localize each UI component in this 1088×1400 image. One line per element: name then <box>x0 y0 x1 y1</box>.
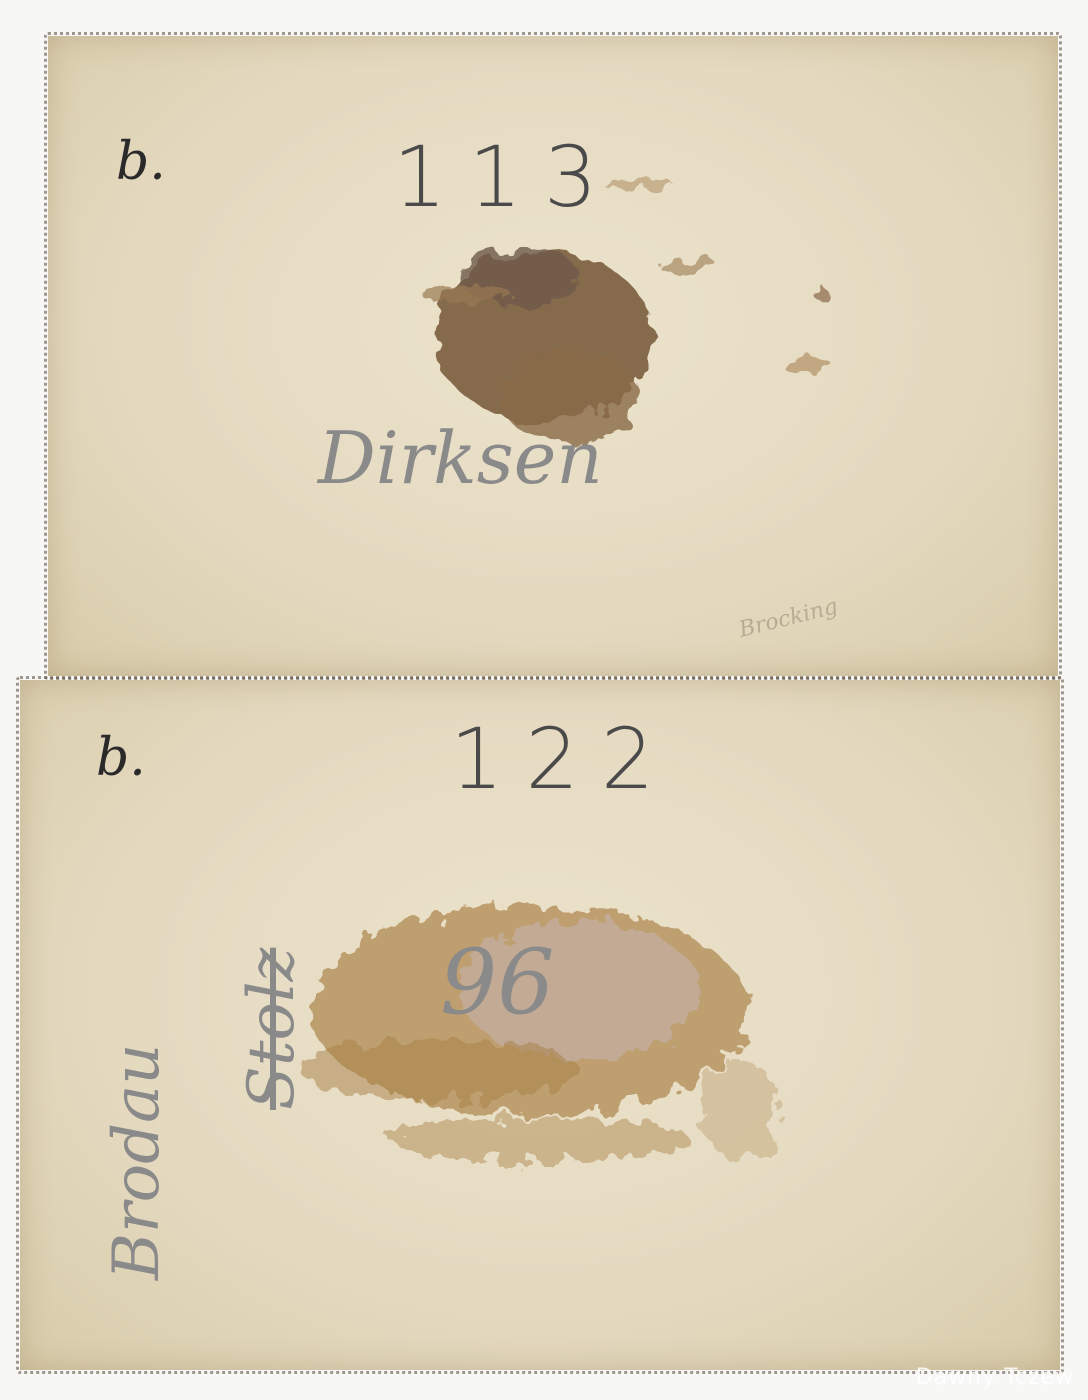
watermark: Dawny Tczew <box>916 1365 1074 1390</box>
stain-top <box>48 36 1058 676</box>
photo-card-top: b. 113 Dirksen Brocking <box>48 36 1058 676</box>
stain-bottom <box>20 680 1060 1370</box>
photo-card-bottom: b. 122 Stolz Brodau 96 <box>20 680 1060 1370</box>
